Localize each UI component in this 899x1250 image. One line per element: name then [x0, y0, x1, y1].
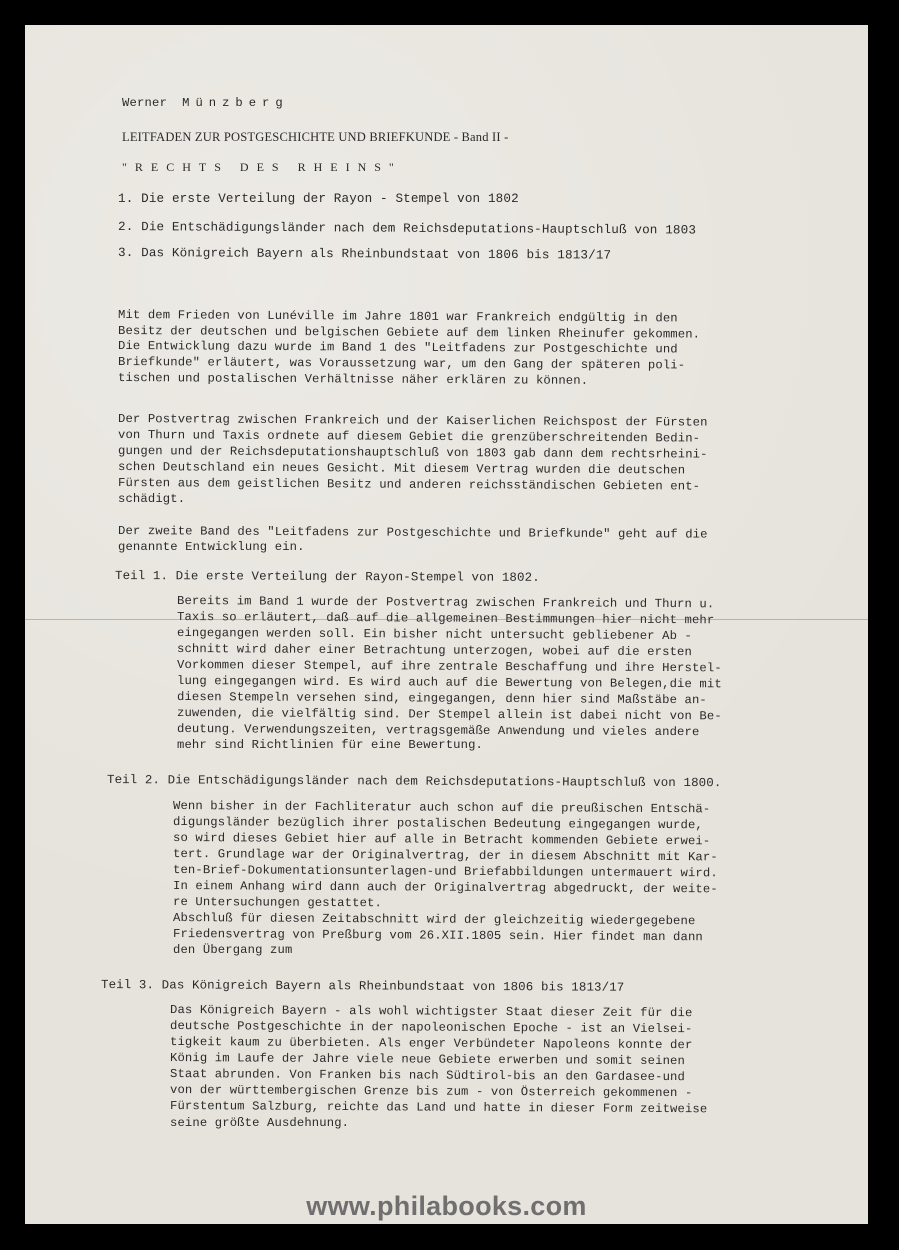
- part-1-heading: Teil 1. Die erste Verteilung der Rayon-S…: [115, 570, 540, 584]
- toc-item-2: 2. Die Entschädigungsländer nach dem Rei…: [118, 221, 696, 237]
- text-line: Wenn bisher in der Fachliteratur auch sc…: [173, 800, 710, 815]
- text-line: re Untersuchungen gestattet.: [173, 896, 382, 909]
- text-line: In einem Anhang wird dann auch der Origi…: [173, 880, 718, 896]
- part-2-heading: Teil 2. Die Entschädigungsländer nach de…: [107, 774, 721, 790]
- toc-item-1: 1. Die erste Verteilung der Rayon - Stem…: [118, 193, 519, 206]
- watermark-link[interactable]: www.philabooks.com: [25, 1191, 868, 1222]
- text-line: zuwenden, die vielfältig sind. Der Stemp…: [177, 707, 722, 723]
- text-line: schnitt wird daher einer Betrachtung unt…: [177, 643, 692, 658]
- text-line: Der zweite Band des "Leitfadens zur Post…: [118, 525, 708, 541]
- text-line: mehr sind Richtlinien für eine Bewertung…: [177, 739, 483, 751]
- text-line: gungen und der Reichsdeputationshauptsch…: [118, 445, 708, 461]
- text-line: Der Postvertrag zwischen Frankreich und …: [118, 413, 708, 429]
- document-page: Werner Münzberg LEITFADEN ZUR POSTGESCHI…: [25, 25, 868, 1224]
- text-line: von Thurn und Taxis ordnete auf diesem G…: [118, 429, 700, 445]
- text-line: tischen und postalischen Verhältnisse nä…: [118, 372, 588, 387]
- part-3-heading: Teil 3. Das Königreich Bayern als Rheinb…: [101, 979, 624, 994]
- text-line: schen Deutschland ein neues Gesicht. Mit…: [118, 461, 685, 477]
- text-line: von der württembergischen Grenze bis zum…: [170, 1084, 693, 1099]
- text-line: tert. Grundlage war der Originalvertrag,…: [173, 848, 718, 864]
- text-line: schädigt.: [118, 493, 185, 505]
- volume-subtitle: "RECHTS DES RHEINS": [122, 161, 402, 173]
- text-line: Friedensvertrag von Preßburg vom 26.XII.…: [173, 928, 703, 943]
- text-line: Abschluß für diesen Zeitabschnitt wird d…: [173, 912, 696, 927]
- paper-fold-line: [25, 619, 868, 620]
- text-line: deutsche Postgeschichte in der napoleoni…: [170, 1020, 693, 1035]
- text-line: den Übergang zum: [173, 944, 292, 956]
- text-line: Vorkommen dieser Stempel, auf ihre zentr…: [177, 659, 722, 675]
- text-line: seine größte Ausdehnung.: [170, 1117, 349, 1129]
- text-line: Briefkunde" erläutert, was Voraussetzung…: [118, 356, 685, 372]
- text-line: Besitz der deutschen und belgischen Gebi…: [118, 325, 700, 341]
- author-last-name: Münzberg: [182, 96, 289, 110]
- author-first-name: Werner: [122, 96, 167, 110]
- text-line: Bereits im Band 1 wurde der Postvertrag …: [177, 595, 714, 610]
- text-line: so wird dieses Gebiet hier auf alle in B…: [173, 832, 710, 847]
- author-name: Werner Münzberg: [122, 97, 289, 109]
- text-line: deutung. Verwendungszeiten, vertragsgemä…: [177, 723, 700, 738]
- text-line: digungsländer bezüglich ihrer postalisch…: [173, 816, 703, 831]
- text-line: tigkeit kaum zu überbieten. Als enger Ve…: [170, 1036, 693, 1051]
- text-line: lung eingegangen wird. Es wird auch auf …: [177, 675, 722, 691]
- text-line: Mit dem Frieden von Lunéville im Jahre 1…: [118, 309, 678, 325]
- text-line: Staat abrunden. Von Franken bis nach Süd…: [170, 1068, 685, 1083]
- text-line: eingegangen werden soll. Ein bisher nich…: [177, 627, 692, 642]
- text-line: genannte Entwicklung ein.: [118, 541, 305, 553]
- toc-item-3: 3. Das Königreich Bayern als Rheinbundst…: [118, 247, 611, 262]
- text-line: diesen Stempeln versehen sind, eingegang…: [177, 691, 707, 706]
- text-line: Die Entwicklung dazu wurde im Band 1 des…: [118, 340, 678, 356]
- text-line: Fürsten aus dem geistlichen Besitz und a…: [118, 477, 700, 493]
- text-line: Fürstentum Salzburg, reichte das Land un…: [170, 1100, 707, 1115]
- text-line: ten-Brief-Dokumentationsunterlagen-und B…: [173, 864, 718, 880]
- text-line: Das Königreich Bayern - als wohl wichtig…: [170, 1004, 693, 1019]
- series-title: LEITFADEN ZUR POSTGESCHICHTE UND BRIEFKU…: [122, 131, 508, 144]
- text-line: König im Laufe der Jahre viele neue Gebi…: [170, 1052, 685, 1067]
